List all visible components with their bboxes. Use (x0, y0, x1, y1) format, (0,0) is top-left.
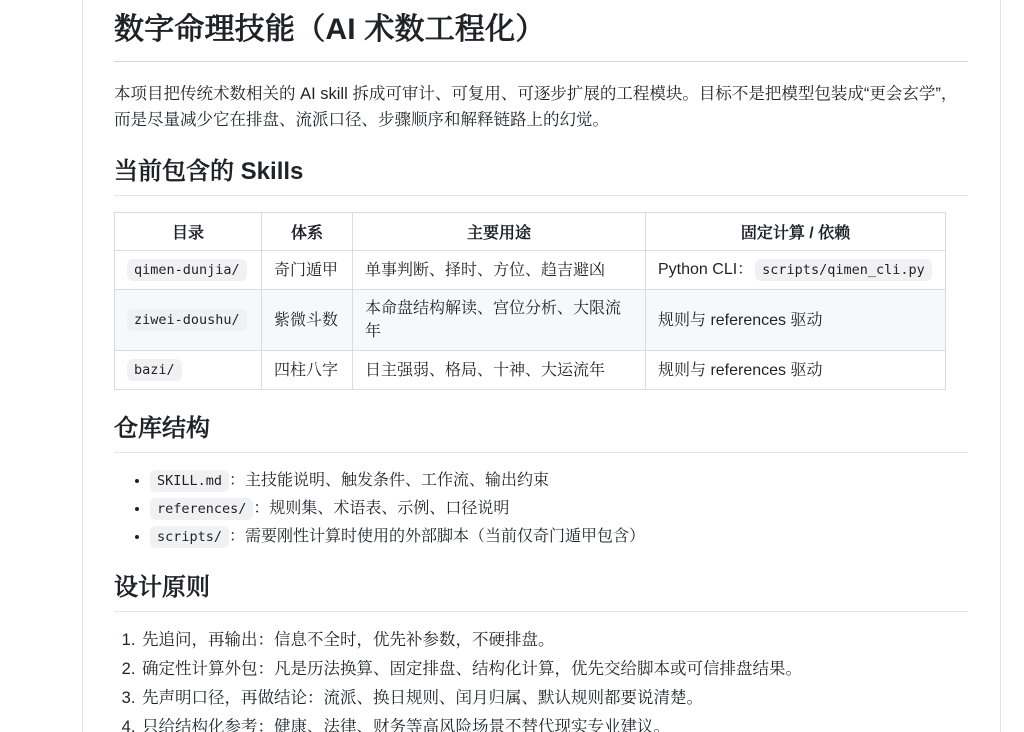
principle-item: 先声明口径，再做结论：流派、换日规则、闰月归属、默认规则都要说清楚。 (140, 686, 968, 710)
cell-system: 紫微斗数 (262, 290, 353, 351)
file-code: scripts/ (150, 526, 229, 548)
cell-directory: bazi/ (115, 351, 262, 390)
skills-table-header-row: 目录 体系 主要用途 固定计算 / 依赖 (115, 213, 946, 251)
cell-usage: 本命盘结构解读、宫位分析、大限流年 (353, 290, 646, 351)
repo-structure-list: SKILL.md：主技能说明、触发条件、工作流、输出约束 references/… (114, 469, 968, 549)
list-item-desc: ：需要刚性计算时使用的外部脚本（当前仅奇门遁甲包含） (229, 528, 645, 545)
list-item-references: references/：规则集、术语表、示例、口径说明 (150, 497, 968, 521)
principle-item: 先追问，再输出：信息不全时，优先补参数，不硬排盘。 (140, 628, 968, 652)
readme-page: 数字命理技能（AI 术数工程化） 本项目把传统术数相关的 AI skill 拆成… (82, 0, 1001, 732)
directory-code: bazi/ (127, 359, 182, 381)
column-header-usage: 主要用途 (353, 213, 646, 251)
column-header-system: 体系 (262, 213, 353, 251)
cell-directory: qimen-dunjia/ (115, 251, 262, 290)
principle-item: 确定性计算外包：凡是历法换算、固定排盘、结构化计算，优先交给脚本或可信排盘结果。 (140, 657, 968, 681)
list-item-scripts: scripts/：需要刚性计算时使用的外部脚本（当前仅奇门遁甲包含） (150, 525, 968, 549)
section-heading-principles: 设计原则 (114, 573, 968, 612)
dependency-code: scripts/qimen_cli.py (755, 259, 932, 281)
cell-dependency: 规则与 references 驱动 (646, 351, 946, 390)
dependency-label: Python CLI： (658, 261, 753, 278)
directory-code: ziwei-doushu/ (127, 309, 247, 331)
list-item-desc: ：主技能说明、触发条件、工作流、输出约束 (229, 472, 549, 489)
principle-item: 只给结构化参考：健康、法律、财务等高风险场景不替代现实专业建议。 (140, 715, 968, 732)
file-code: SKILL.md (150, 470, 229, 492)
design-principles-list: 先追问，再输出：信息不全时，优先补参数，不硬排盘。 确定性计算外包：凡是历法换算… (114, 628, 968, 732)
table-row-qimen: qimen-dunjia/ 奇门遁甲 单事判断、择时、方位、趋吉避凶 Pytho… (115, 251, 946, 290)
list-item-desc: ：规则集、术语表、示例、口径说明 (253, 500, 509, 517)
column-header-dependency: 固定计算 / 依赖 (646, 213, 946, 251)
section-heading-structure: 仓库结构 (114, 414, 968, 453)
cell-dependency: Python CLI：scripts/qimen_cli.py (646, 251, 946, 290)
cell-directory: ziwei-doushu/ (115, 290, 262, 351)
cell-system: 四柱八字 (262, 351, 353, 390)
file-code: references/ (150, 498, 253, 520)
column-header-directory: 目录 (115, 213, 262, 251)
table-row-bazi: bazi/ 四柱八字 日主强弱、格局、十神、大运流年 规则与 reference… (115, 351, 946, 390)
table-row-ziwei: ziwei-doushu/ 紫微斗数 本命盘结构解读、宫位分析、大限流年 规则与… (115, 290, 946, 351)
cell-usage: 单事判断、择时、方位、趋吉避凶 (353, 251, 646, 290)
skills-table: 目录 体系 主要用途 固定计算 / 依赖 qimen-dunjia/ 奇门遁甲 … (114, 212, 946, 390)
directory-code: qimen-dunjia/ (127, 259, 247, 281)
section-heading-skills: 当前包含的 Skills (114, 157, 968, 196)
intro-paragraph: 本项目把传统术数相关的 AI skill 拆成可审计、可复用、可逐步扩展的工程模… (114, 81, 968, 133)
cell-dependency: 规则与 references 驱动 (646, 290, 946, 351)
cell-usage: 日主强弱、格局、十神、大运流年 (353, 351, 646, 390)
list-item-skill-md: SKILL.md：主技能说明、触发条件、工作流、输出约束 (150, 469, 968, 493)
cell-system: 奇门遁甲 (262, 251, 353, 290)
page-title: 数字命理技能（AI 术数工程化） (114, 12, 968, 62)
